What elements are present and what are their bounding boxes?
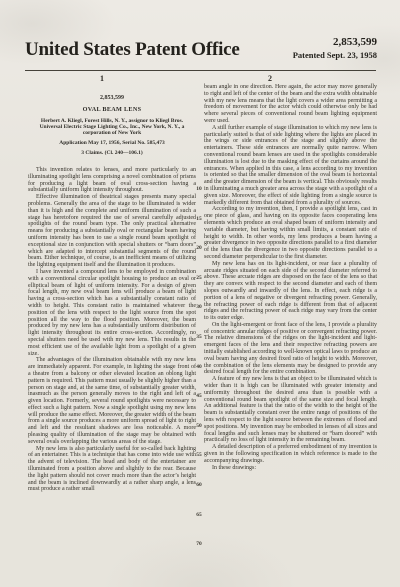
right-column-body-text: beam angle in one direction. Here again,…	[204, 84, 377, 471]
line-number: 15	[193, 216, 205, 222]
paragraph: My new lens is also particularly useful …	[28, 446, 196, 494]
paragraph: The advantages of the illumination obtai…	[28, 357, 196, 445]
column-number-left: 1	[100, 74, 104, 83]
title-patent-number: 2,853,599	[28, 95, 196, 101]
title-block: 2,853,599 OVAL BEAM LENS Herbert A. Klie…	[28, 88, 196, 156]
paragraph: According to my invention, then, I provi…	[204, 206, 377, 260]
application-serial-line: Application May 17, 1956, Serial No. 585…	[28, 140, 196, 146]
line-number: 55	[193, 452, 205, 458]
paragraph: A feature of my new lens is that an obje…	[204, 376, 377, 444]
patent-number: 2,853,599	[293, 36, 377, 48]
paragraph: In these drawings:	[204, 465, 377, 472]
paragraph: This invention relates to lenses, and mo…	[28, 167, 196, 194]
paragraph: beam angle in one direction. Here again,…	[204, 84, 377, 125]
paragraph: My new lens has on its light-incident, o…	[204, 261, 377, 322]
left-column-body-text: This invention relates to lenses, and mo…	[28, 167, 196, 493]
claims-classification-line: 3 Claims. (Cl. 240—106.1)	[28, 150, 196, 156]
column-number-right: 2	[268, 74, 272, 83]
paragraph: A still further example of stage illumin…	[204, 125, 377, 207]
invention-title: OVAL BEAM LENS	[28, 106, 196, 113]
paragraph: I have invented a compound lens to be em…	[28, 269, 196, 357]
header-divider-rule	[25, 70, 376, 71]
patent-office-title: United States Patent Office	[25, 39, 240, 61]
line-number: 40	[193, 364, 205, 370]
header-right-block: 2,853,599 Patented Sept. 23, 1958	[293, 36, 377, 61]
line-number: 10	[193, 186, 205, 192]
line-number: 65	[193, 512, 205, 518]
line-number: 50	[193, 423, 205, 429]
page-header: United States Patent Office 2,853,599 Pa…	[25, 36, 377, 61]
line-number: 70	[193, 541, 205, 547]
line-number: 60	[193, 482, 205, 488]
left-column: 2,853,599 OVAL BEAM LENS Herbert A. Klie…	[28, 88, 196, 493]
line-number: 20	[193, 245, 205, 251]
line-number: 25	[193, 275, 205, 281]
patent-document-page: United States Patent Office 2,853,599 Pa…	[0, 0, 400, 587]
paragraph: Effective illumination of theatrical sta…	[28, 194, 196, 269]
paragraph: On the light-emergent or front face of t…	[204, 322, 377, 376]
inventor-assignee-line: Herbert A. Kliegl, Forest Hills, N. Y., …	[28, 118, 196, 136]
line-number: 35	[193, 334, 205, 340]
right-column: beam angle in one direction. Here again,…	[204, 84, 377, 471]
paragraph: A detailed description of a preferred em…	[204, 444, 377, 464]
line-number: 45	[193, 393, 205, 399]
line-number: 30	[193, 304, 205, 310]
patented-date: Patented Sept. 23, 1958	[293, 50, 377, 60]
